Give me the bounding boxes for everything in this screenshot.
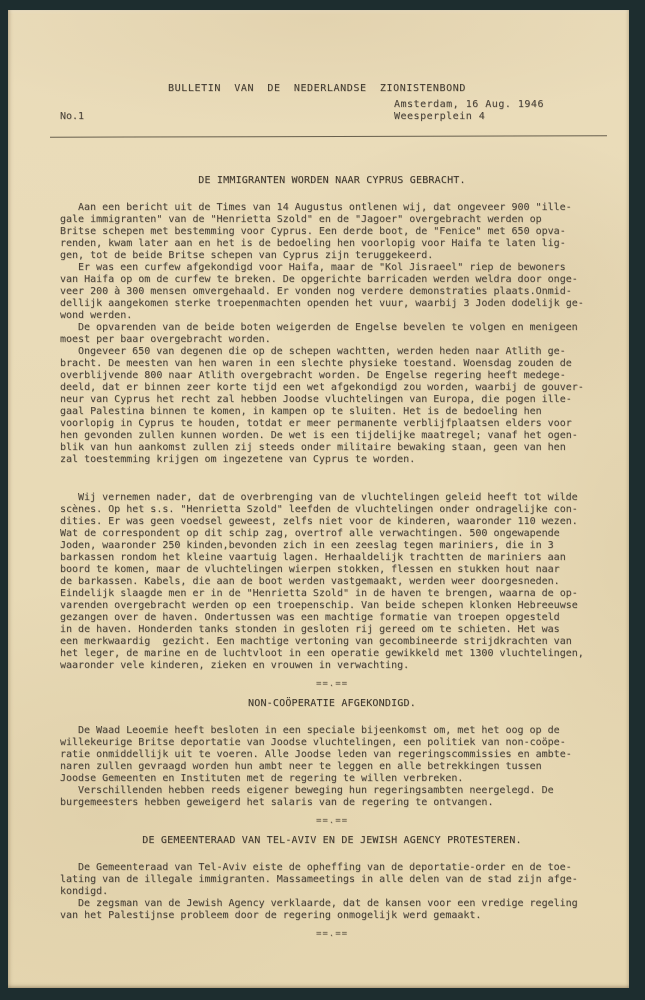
- section-non-cooperatie: NON-COÖPERATIE AFGEKONDIGD. De Waad Leoe…: [60, 698, 604, 827]
- issue-number: No.1: [60, 111, 84, 123]
- address-line: Weesperplein 4: [394, 111, 604, 123]
- paragraph: Ongeveer 650 van degenen die op de schep…: [60, 346, 604, 466]
- paragraph: Er was een curfew afgekondigd voor Haifa…: [60, 262, 604, 322]
- paragraph: De Gemeenteraad van Tel-Aviv eiste de op…: [60, 862, 604, 898]
- section-heading: NON-COÖPERATIE AFGEKONDIGD.: [60, 698, 604, 710]
- address-block: Amsterdam, 16 Aug. 1946 Weesperplein 4: [394, 99, 604, 123]
- bulletin-page: BULLETIN VAN DE NEDERLANDSE ZIONISTENBON…: [8, 10, 629, 988]
- header-rule: [50, 135, 607, 137]
- place-date-line: Amsterdam, 16 Aug. 1946: [394, 99, 604, 111]
- paragraph: Verschillenden hebben reeds eigener bewe…: [60, 785, 604, 809]
- paragraph: De opvarenden van de beide boten weigerd…: [60, 322, 604, 346]
- bulletin-title: BULLETIN VAN DE NEDERLANDSE ZIONISTENBON…: [60, 10, 604, 95]
- section-separator: ==.==: [60, 815, 604, 827]
- section-separator: ==.==: [60, 678, 604, 690]
- paragraph: De zegsman van de Jewish Agency verklaar…: [60, 898, 604, 922]
- section-heading: DE GEMEENTERAAD VAN TEL-AVIV EN DE JEWIS…: [60, 835, 604, 847]
- paragraph: De Waad Leoemie heeft besloten in een sp…: [60, 725, 604, 785]
- section-heading: DE IMMIGRANTEN WORDEN NAAR CYPRUS GEBRAC…: [60, 175, 604, 187]
- section-immigranten-cyprus: DE IMMIGRANTEN WORDEN NAAR CYPRUS GEBRAC…: [60, 175, 604, 690]
- paragraph: Aan een bericht uit de Times van 14 Augu…: [60, 202, 604, 262]
- paragraph: Wij vernemen nader, dat de overbrenging …: [60, 492, 604, 672]
- section-telaviv-protest: DE GEMEENTERAAD VAN TEL-AVIV EN DE JEWIS…: [60, 835, 604, 940]
- section-separator: ==.==: [60, 928, 604, 940]
- bulletin-content: BULLETIN VAN DE NEDERLANDSE ZIONISTENBON…: [8, 10, 629, 940]
- scan-backdrop: BULLETIN VAN DE NEDERLANDSE ZIONISTENBON…: [0, 0, 645, 1000]
- masthead-meta: No.1 Amsterdam, 16 Aug. 1946 Weesperplei…: [60, 99, 604, 123]
